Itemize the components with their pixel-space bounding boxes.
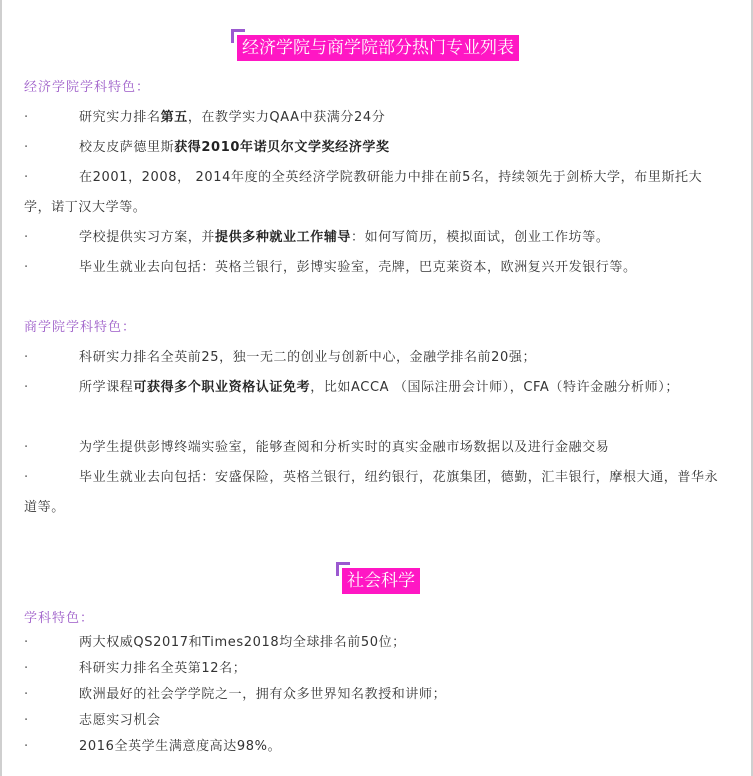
list-item: · 研究实力排名第五，在教学实力QAA中获满分24分: [24, 103, 721, 133]
bullet-icon: ·: [24, 223, 29, 253]
bullet-icon: ·: [24, 630, 29, 656]
list-item: · 所学课程可获得多个职业资格认证免考，比如ACCA （国际注册会计师），CFA…: [24, 373, 721, 403]
list-item: · 科研实力排名全英第12名；: [24, 656, 721, 682]
econ-heading: 经济学院学科特色：: [24, 79, 150, 97]
bullet-icon: ·: [24, 656, 29, 682]
list-item: · 学校提供实习方案，并提供多种就业工作辅导：如何写简历，模拟面试，创业工作坊等…: [24, 223, 721, 253]
bullet-icon: ·: [24, 708, 29, 734]
page-frame: 经济学院与商学院部分热门专业列表 经济学院学科特色： · 研究实力排名第五，在教…: [0, 0, 753, 776]
bullet-icon: ·: [24, 373, 29, 403]
list-item: · 校友皮萨德里斯获得2010年诺贝尔文学奖经济学奖: [24, 133, 721, 163]
list-item: · 毕业生就业去向包括：安盛保险，英格兰银行，纽约银行，花旗集团，德勤，汇丰银行…: [24, 463, 721, 523]
bullet-icon: ·: [24, 163, 29, 193]
list-item: · 科研实力排名全英前25，独一无二的创业与创新中心，金融学排名前20强；: [24, 343, 721, 373]
bullet-icon: ·: [24, 253, 29, 283]
section-title-text: 社会科学: [342, 568, 420, 594]
list-item: · 志愿实习机会: [24, 708, 721, 734]
business-heading: 商学院学科特色：: [24, 319, 136, 337]
bullet-icon: ·: [24, 682, 29, 708]
bullet-icon: ·: [24, 103, 29, 133]
social-science-heading: 学科特色：: [24, 610, 94, 628]
bullet-icon: ·: [24, 433, 29, 463]
list-item: · 两大权威QS2017和Times2018均全球排名前50位；: [24, 630, 721, 656]
bullet-icon: ·: [24, 133, 29, 163]
list-item: · 在2001，2008， 2014年度的全英经济学院教研能力中排在前5名，持续…: [24, 163, 721, 223]
list-item: · 为学生提供彭博终端实验室，能够查阅和分析实时的真实金融市场数据以及进行金融交…: [24, 433, 721, 463]
bullet-icon: ·: [24, 343, 29, 373]
list-item: · 欧洲最好的社会学学院之一，拥有众多世界知名教授和讲师；: [24, 682, 721, 708]
bullet-icon: ·: [24, 463, 29, 493]
list-item: · 毕业生就业去向包括：英格兰银行，彭博实验室，壳牌，巴克莱资本，欧洲复兴开发银…: [24, 253, 721, 283]
list-item: · 2016全英学生满意度高达98%。: [24, 734, 721, 760]
section-title-text: 经济学院与商学院部分热门专业列表: [237, 35, 519, 61]
bullet-icon: ·: [24, 734, 29, 760]
